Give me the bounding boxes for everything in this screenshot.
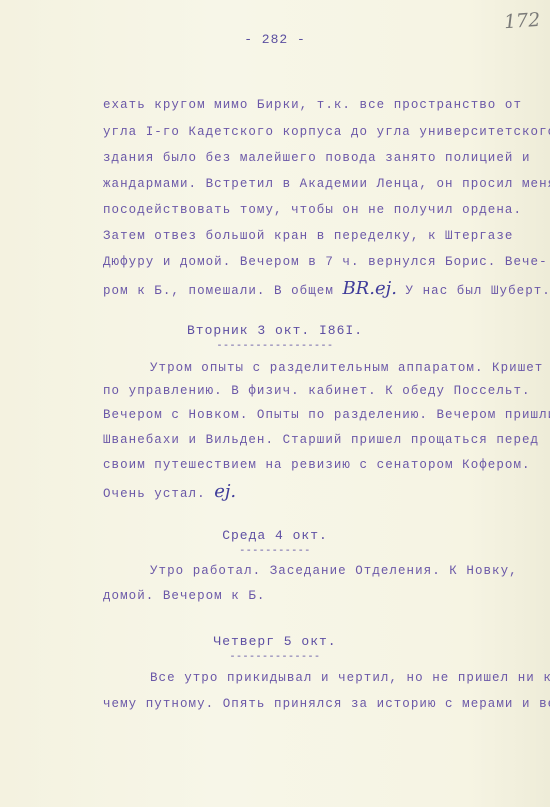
- text-line: Утро работал. Заседание Отделения. К Нов…: [150, 564, 518, 578]
- text-line: Затем отвез большой кран в переделку, к …: [103, 229, 513, 243]
- text-segment: ром к Б., помешали. В общем: [103, 284, 334, 298]
- text-line: Утром опыты с разделительным аппаратом. …: [150, 361, 543, 375]
- text-line: Шванебахи и Вильден. Старший пришел прощ…: [103, 433, 539, 447]
- text-line: чему путному. Опять принялся за историю …: [103, 697, 550, 711]
- text-line: Дюфуру и домой. Вечером в 7 ч. вернулся …: [103, 255, 548, 269]
- entry-heading: Вторник 3 окт. I86I.: [0, 323, 550, 338]
- document-page: - 282 - 172 ехать кругом мимо Бирки, т.к…: [0, 0, 550, 807]
- text-line: по управлению. В физич. кабинет. К обеду…: [103, 384, 531, 398]
- entry-heading: Среда 4 окт.: [0, 528, 550, 543]
- text-line: ехать кругом мимо Бирки, т.к. все простр…: [103, 98, 522, 112]
- text-line: домой. Вечером к Б.: [103, 589, 265, 603]
- heading-underline: --------------: [0, 652, 550, 663]
- text-line: Очень устал. ej.: [103, 481, 236, 502]
- text-line: Все утро прикидывал и чертил, но не приш…: [150, 671, 550, 685]
- text-line: угла I-го Кадетского корпуса до угла уни…: [103, 125, 550, 139]
- text-line: ром к Б., помешали. В общем BR.ej. У нас…: [103, 278, 550, 299]
- heading-underline: -----------: [0, 546, 550, 557]
- text-line: Вечером с Новком. Опыты по разделению. В…: [103, 408, 550, 422]
- text-line: своим путешествием на ревизию с сенаторо…: [103, 458, 531, 472]
- text-segment: Очень устал.: [103, 487, 206, 501]
- entry-heading: Четверг 5 окт.: [0, 634, 550, 649]
- text-line: посодействовать тому, чтобы он не получи…: [103, 203, 522, 217]
- archive-folio-number: 172: [503, 9, 541, 33]
- text-line: жандармами. Встретил в Академии Ленца, о…: [103, 177, 550, 191]
- heading-underline: ------------------: [0, 341, 550, 352]
- text-line: здания было без малейшего повода занято …: [103, 151, 531, 165]
- text-segment: У нас был Шуберт.: [405, 284, 550, 298]
- page-number: - 282 -: [0, 32, 550, 47]
- handwritten-annotation: BR.ej.: [342, 278, 396, 299]
- handwritten-annotation: ej.: [214, 481, 236, 502]
